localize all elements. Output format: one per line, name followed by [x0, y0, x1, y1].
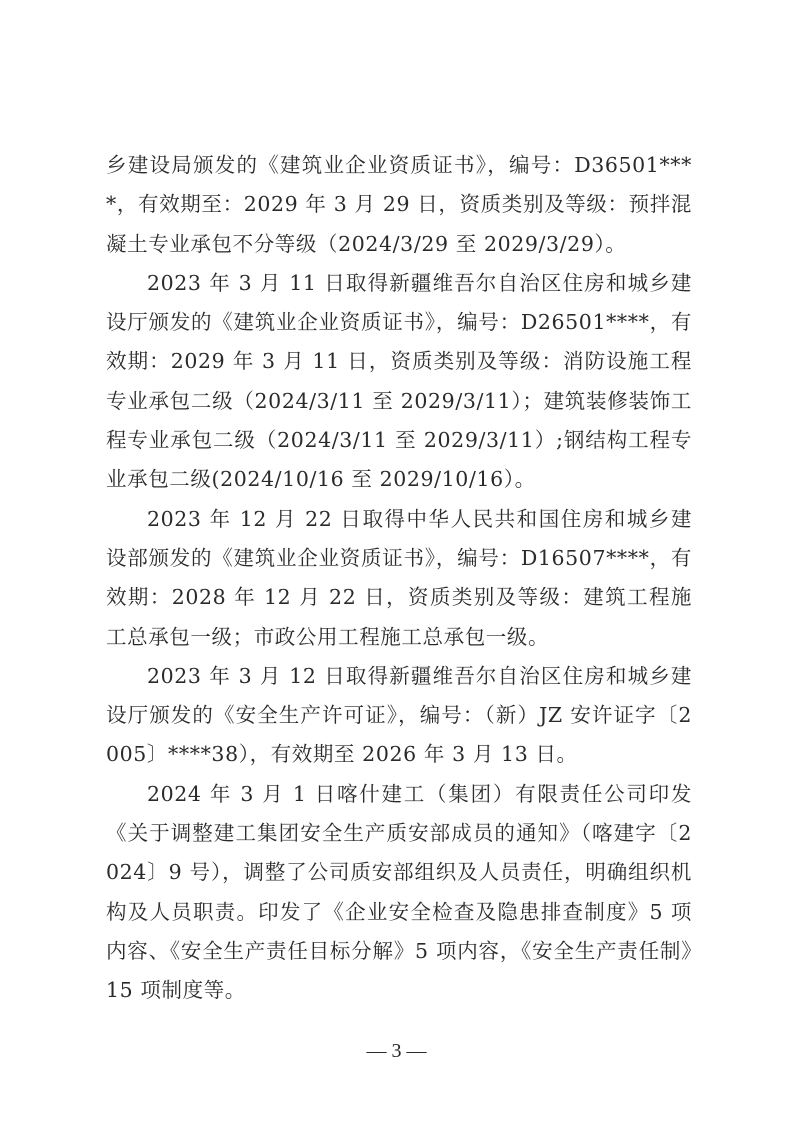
page-number: — 3 —: [0, 1040, 793, 1063]
paragraph-qualification-fire-decoration-steel: 2023 年 3 月 11 日取得新疆维吾尔自治区住房和城乡建设厅颁发的《建筑业…: [106, 264, 692, 500]
paragraph-qualification-general-contracting: 2023 年 12 月 22 日取得中华人民共和国住房和城乡建设部颁发的《建筑业…: [106, 500, 692, 657]
paragraph-safety-department-notice: 2024 年 3 月 1 日喀什建工（集团）有限责任公司印发《关于调整建工集团安…: [106, 775, 692, 1011]
paragraph-qualification-concrete: 乡建设局颁发的《建筑业企业资质证书》，编号：D36501****，有效期至：20…: [106, 146, 692, 264]
paragraph-safety-production-license: 2023 年 3 月 12 日取得新疆维吾尔自治区住房和城乡建设厅颁发的《安全生…: [106, 657, 692, 775]
document-body: 乡建设局颁发的《建筑业企业资质证书》，编号：D36501****，有效期至：20…: [106, 146, 692, 1011]
